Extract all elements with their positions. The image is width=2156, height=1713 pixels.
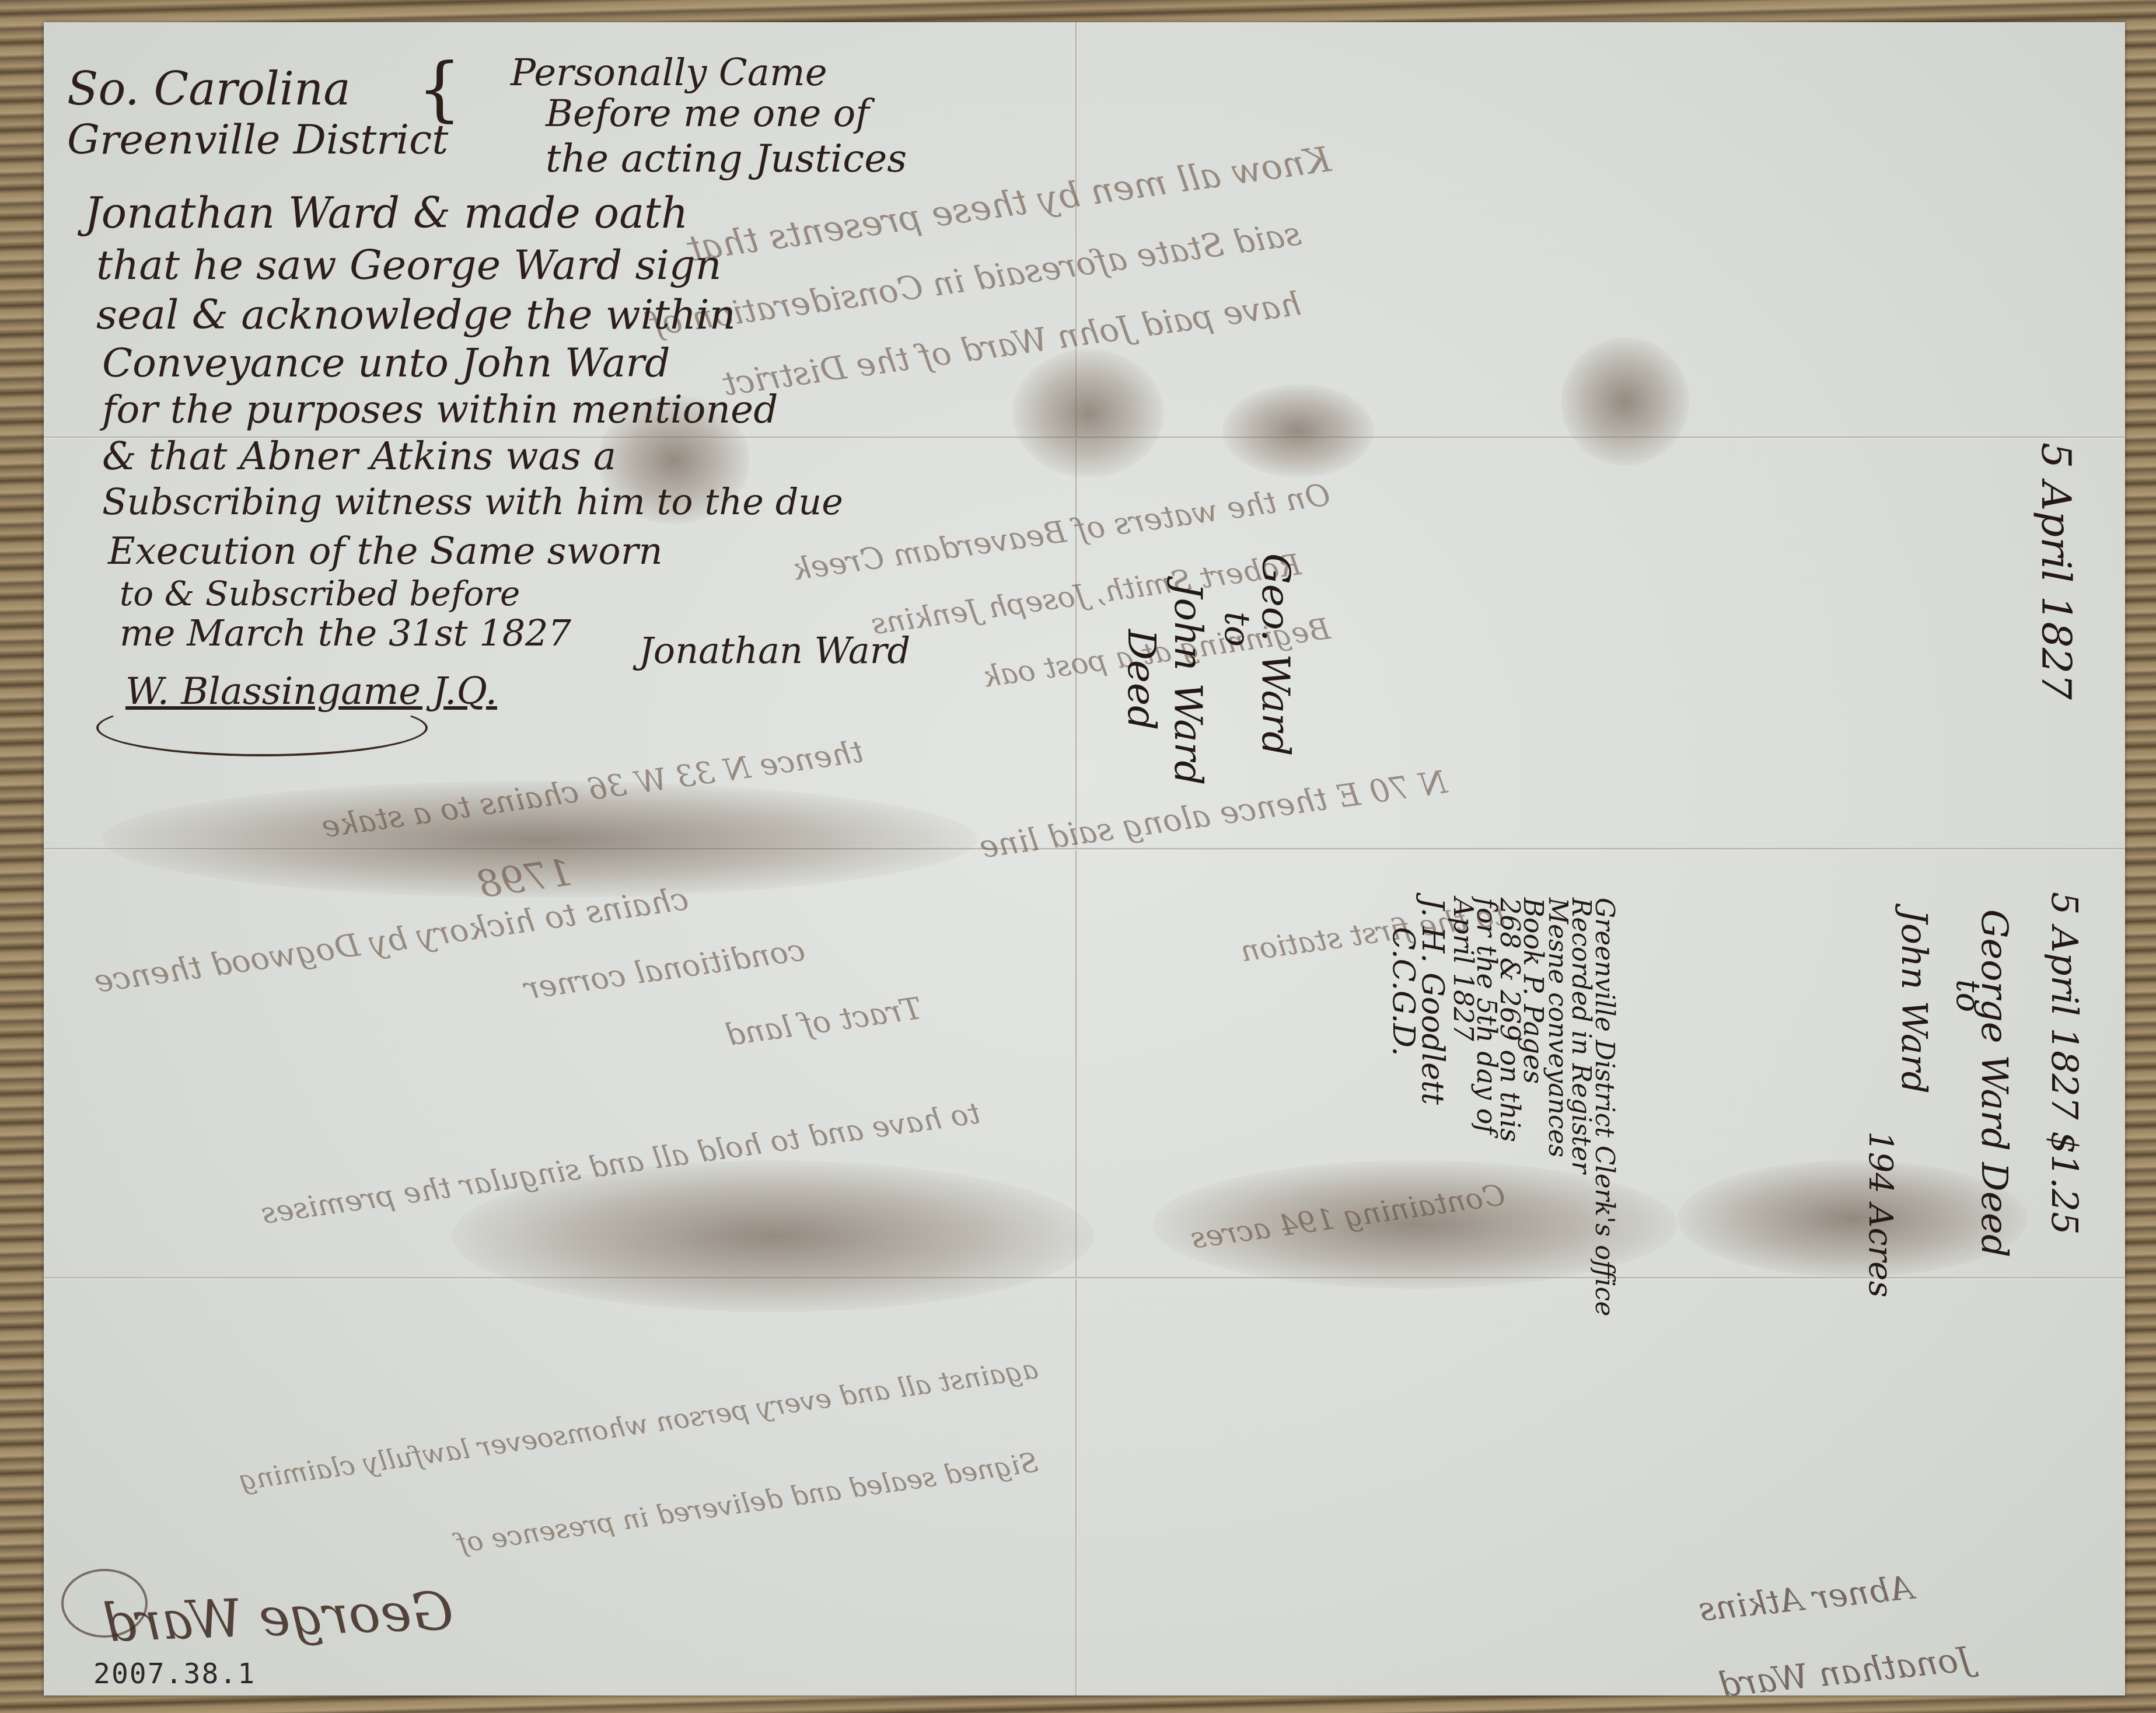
bleed-text: Tract of land — [724, 991, 924, 1053]
affidavit-line: that he saw George Ward sign — [96, 241, 722, 289]
affidavit-line: for the purposes within mentioned — [102, 387, 778, 432]
docket-line: Geo. Ward — [1253, 553, 1298, 756]
affidavit-line: & that Abner Atkins was a — [102, 434, 616, 479]
horizontal-fold-line-lower — [44, 1277, 2125, 1279]
docket-line: Deed — [1119, 629, 1164, 730]
docket-date-lower: 5 April 1827 $1.25 — [2043, 892, 2086, 1235]
seal-mark — [61, 1569, 148, 1638]
affidavit-line: Personally Came — [511, 51, 827, 95]
affidavit-line: the acting Justices — [546, 136, 907, 181]
docket-line: John Ward — [1893, 909, 1934, 1094]
witness-signature: Abner Atkins — [1697, 1569, 1914, 1629]
affidavit-line: Conveyance unto John Ward — [102, 340, 670, 386]
ink-stain — [1222, 384, 1374, 477]
accession-number: 2007.38.1 — [93, 1658, 256, 1690]
affidavit-date: me March the 31st 1827 — [120, 612, 571, 654]
docket-line: to — [1217, 612, 1257, 647]
affidavit-heading-district: Greenville District — [67, 116, 448, 163]
affidavit-line: to & Subscribed before — [120, 574, 520, 613]
affidavit-line: Execution of the Same sworn — [108, 530, 663, 573]
bleed-text: Signed sealed and delivered in presence … — [455, 1446, 1040, 1559]
affidavit-line: Jonathan Ward & made oath — [85, 189, 688, 238]
deponent-signature: Jonathan Ward — [639, 629, 910, 672]
ink-stain — [1012, 349, 1164, 477]
docket-line: 194 Acres — [1861, 1131, 1899, 1297]
docket-date-upper: 5 April 1827 — [2032, 442, 2080, 700]
brace: { — [417, 48, 462, 130]
docket-line: to — [1949, 979, 1987, 1012]
ink-stain — [1561, 337, 1689, 466]
docket-line: George Ward Deed — [1973, 909, 2016, 1257]
witness-signature: Jonathan Ward — [1717, 1639, 1973, 1695]
grantor-signature: George Ward — [102, 1581, 455, 1654]
affidavit-line: Before me one of — [546, 92, 869, 135]
bleed-text: conditional corner — [522, 933, 807, 1007]
deed-document: Know all men by these presents that said… — [44, 22, 2125, 1695]
signature-flourish — [96, 699, 428, 756]
affidavit-line: Subscribing witness with him to the due — [102, 480, 843, 523]
affidavit-line: seal & acknowledge the within — [96, 291, 736, 339]
clerk-title: C.C.G.D. — [1386, 927, 1421, 1056]
docket-line: April 1827 — [1448, 898, 1479, 1041]
docket-line: John Ward — [1166, 582, 1211, 785]
affidavit-heading-state: So. Carolina — [67, 63, 351, 116]
